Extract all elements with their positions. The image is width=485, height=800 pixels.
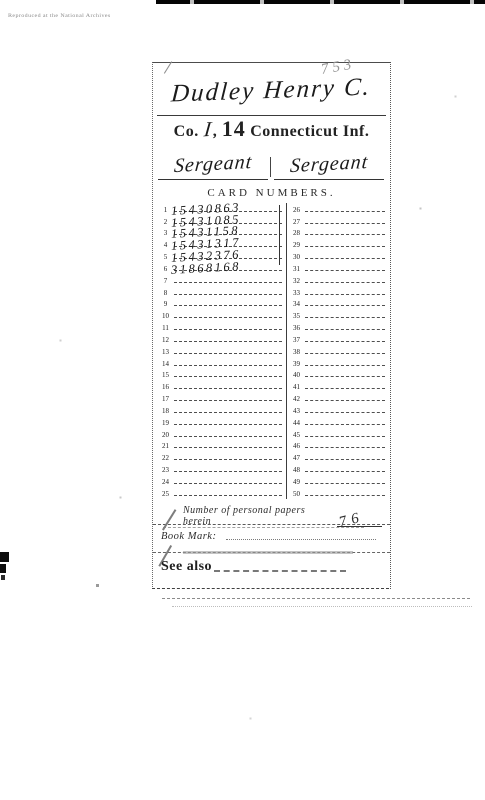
row-number: 31 (290, 265, 303, 274)
horizontal-rule-smudge (183, 551, 353, 554)
ruled-line (174, 364, 282, 366)
comma: , (213, 123, 218, 140)
card-number-row: 24 (159, 475, 283, 487)
row-number: 45 (290, 431, 303, 440)
rank-divider (270, 157, 271, 177)
ruled-line (174, 328, 282, 330)
service-record-index-card: 753 Dudley Henry C. Co. I, 14 Connecticu… (152, 62, 391, 589)
row-number: 17 (159, 395, 172, 404)
scan-noise-specks (0, 0, 1, 1)
row-number: 25 (159, 490, 172, 499)
card-number-row: 631868168 (159, 262, 283, 274)
ruled-line (174, 316, 282, 318)
ruled-line (305, 375, 385, 377)
card-number-row: 11 (159, 321, 283, 333)
card-number-row: 18 (159, 404, 283, 416)
card-number-row: 15 (159, 369, 283, 381)
ruled-line (174, 423, 282, 425)
see-also-blank-line (214, 569, 346, 572)
ruled-line (305, 245, 385, 247)
ruled-line (174, 293, 282, 295)
scan-edge-blob (0, 564, 6, 573)
row-number: 33 (290, 289, 303, 298)
row-number: 7 (159, 277, 172, 286)
ruled-line (174, 458, 282, 460)
scan-artifact-line-faint (172, 606, 472, 607)
ruled-line (305, 482, 385, 484)
row-number: 30 (290, 253, 303, 262)
row-number: 10 (159, 312, 172, 321)
ruled-line (174, 494, 282, 496)
row-number: 49 (290, 478, 303, 487)
card-number-row: 33 (290, 286, 386, 298)
row-number: 22 (159, 454, 172, 463)
row-number: 36 (290, 324, 303, 333)
card-number-row: 19 (159, 416, 283, 428)
row-number: 47 (290, 454, 303, 463)
card-number-row: 31 (290, 262, 386, 274)
rank-in-handwritten: Sergeant (173, 151, 253, 178)
ruled-line (305, 435, 385, 437)
card-number-row: 23 (159, 463, 283, 475)
row-number: 23 (159, 466, 172, 475)
row-number: 38 (290, 348, 303, 357)
ruled-line (305, 269, 385, 271)
card-number-row: 32 (290, 274, 386, 286)
card-number-row: 39 (290, 357, 386, 369)
card-number-row: 37 (290, 333, 386, 345)
row-number: 19 (159, 419, 172, 428)
card-number-row: 21 (159, 440, 283, 452)
card-number-row: 26 (290, 203, 386, 215)
row-number: 43 (290, 407, 303, 416)
row-number: 50 (290, 490, 303, 499)
card-number-row: 20 (159, 428, 283, 440)
ruled-line (305, 340, 385, 342)
card-number-row: 45 (290, 428, 386, 440)
card-numbers-right: 2627282930313233343536373839404142434445… (290, 203, 386, 499)
row-number: 26 (290, 206, 303, 215)
ruled-line (174, 482, 282, 484)
rank-out-line: Sergeant (274, 147, 384, 180)
card-number-row: 34 (290, 298, 386, 310)
book-mark-blank-line (226, 538, 376, 540)
rank-out-handwritten: Sergeant (289, 151, 369, 178)
ruled-line (305, 411, 385, 413)
card-number-row: 12 (159, 333, 283, 345)
ruled-line (305, 328, 385, 330)
card-number-row: 25 (159, 487, 283, 499)
card-numbers-left: 1154308632154310853154311584154313175154… (159, 203, 283, 499)
row-number: 20 (159, 431, 172, 440)
ruled-line (174, 411, 282, 413)
card-bottom-border (152, 588, 389, 589)
row-number: 14 (159, 360, 172, 369)
personal-papers-blank: 76 (337, 514, 382, 527)
soldier-name-line: Dudley Henry C. (157, 71, 386, 116)
scanned-document-page: Reproduced at the National Archives 753 … (0, 0, 485, 800)
card-number-row: 27 (290, 215, 386, 227)
row-number: 18 (159, 407, 172, 416)
soldier-name-handwritten: Dudley Henry C. (171, 73, 373, 108)
see-also-label: See also (161, 559, 212, 575)
ruled-line (174, 281, 282, 283)
row-number: 21 (159, 442, 172, 451)
card-number-row: 16 (159, 380, 283, 392)
ruled-line (305, 352, 385, 354)
book-mark-line: Book Mark: (161, 531, 380, 542)
row-number: 42 (290, 395, 303, 404)
card-number-row: 50 (290, 487, 386, 499)
card-number-row: 17 (159, 392, 283, 404)
card-number-row: 29 (290, 238, 386, 250)
row-number: 40 (290, 371, 303, 380)
archive-microtext: Reproduced at the National Archives (8, 13, 111, 19)
regiment-number: 14 (222, 116, 246, 141)
row-number: 8 (159, 289, 172, 298)
card-number-row: 36 (290, 321, 386, 333)
ruled-line (305, 446, 385, 448)
row-number: 48 (290, 466, 303, 475)
card-number-row: 14 (159, 357, 283, 369)
ruled-line (174, 304, 282, 306)
card-number-row: 28 (290, 227, 386, 239)
ruled-line (174, 435, 282, 437)
ruled-line (174, 399, 282, 401)
ruled-line (174, 352, 282, 354)
card-number-row: 38 (290, 345, 386, 357)
scan-artifact-line (162, 598, 470, 599)
row-number: 32 (290, 277, 303, 286)
card-number-row: 35 (290, 309, 386, 321)
card-number-row: 22 (159, 451, 283, 463)
ruled-line (305, 304, 385, 306)
card-number-row: 42 (290, 392, 386, 404)
row-number: 9 (159, 300, 172, 309)
horizontal-rule (153, 524, 390, 525)
card-number-row: 13 (159, 345, 283, 357)
ruled-line (174, 446, 282, 448)
row-number: 16 (159, 383, 172, 392)
scan-edge-blob (0, 552, 9, 562)
card-number-row: 47 (290, 451, 386, 463)
ruled-line (174, 375, 282, 377)
regiment-name: Connecticut Inf. (250, 123, 369, 140)
card-number-row: 46 (290, 440, 386, 452)
written-numbers-bracket (279, 205, 280, 265)
ruled-line (305, 399, 385, 401)
ruled-line (305, 281, 385, 283)
row-number: 37 (290, 336, 303, 345)
ruled-line (305, 494, 385, 496)
row-number: 13 (159, 348, 172, 357)
ruled-line (305, 364, 385, 366)
card-number-row: 44 (290, 416, 386, 428)
card-number-row: 40 (290, 369, 386, 381)
ruled-line (305, 423, 385, 425)
ruled-line (305, 470, 385, 472)
company-letter-handwritten: I (203, 117, 213, 143)
see-also-line: See also (161, 559, 346, 575)
ruled-line (174, 340, 282, 342)
card-number-row: 49 (290, 475, 386, 487)
card-number-row: 10 (159, 309, 283, 321)
ruled-line (305, 458, 385, 460)
row-number: 39 (290, 360, 303, 369)
ruled-line (305, 316, 385, 318)
card-number-row: 48 (290, 463, 386, 475)
book-mark-label: Book Mark: (161, 531, 216, 542)
row-number: 27 (290, 218, 303, 227)
row-number: 46 (290, 442, 303, 451)
row-number: 24 (159, 478, 172, 487)
card-number-row: 43 (290, 404, 386, 416)
row-number: 12 (159, 336, 172, 345)
row-number: 44 (290, 419, 303, 428)
scan-edge-blob (1, 575, 5, 580)
rank-in-line: Sergeant (158, 147, 268, 180)
horizontal-rule-faint (163, 527, 364, 528)
row-number: 34 (290, 300, 303, 309)
card-number-row: 41 (290, 380, 386, 392)
ruled-line (305, 293, 385, 295)
card-numbers-heading: CARD NUMBERS. (153, 187, 390, 199)
ruled-line (174, 387, 282, 389)
personal-papers-handwritten: 76 (337, 509, 365, 532)
card-number-row: 8 (159, 286, 283, 298)
row-number: 41 (290, 383, 303, 392)
ruled-line (305, 387, 385, 389)
company-label: Co. (174, 123, 199, 140)
row-number: 29 (290, 241, 303, 250)
ruled-line (305, 233, 385, 235)
column-divider (286, 203, 287, 499)
card-number-row: 30 (290, 250, 386, 262)
row-number: 28 (290, 229, 303, 238)
ruled-line (174, 470, 282, 472)
ruled-line (305, 222, 385, 224)
card-number-row: 9 (159, 298, 283, 310)
scan-edge-bar (156, 0, 485, 4)
row-number: 35 (290, 312, 303, 321)
ruled-line (305, 210, 385, 212)
ruled-line (305, 257, 385, 259)
row-number: 11 (159, 324, 172, 333)
row-number: 15 (159, 371, 172, 380)
card-numbers-table: 1154308632154310853154311584154313175154… (159, 203, 386, 499)
unit-line: Co. I, 14 Connecticut Inf. (153, 116, 390, 142)
